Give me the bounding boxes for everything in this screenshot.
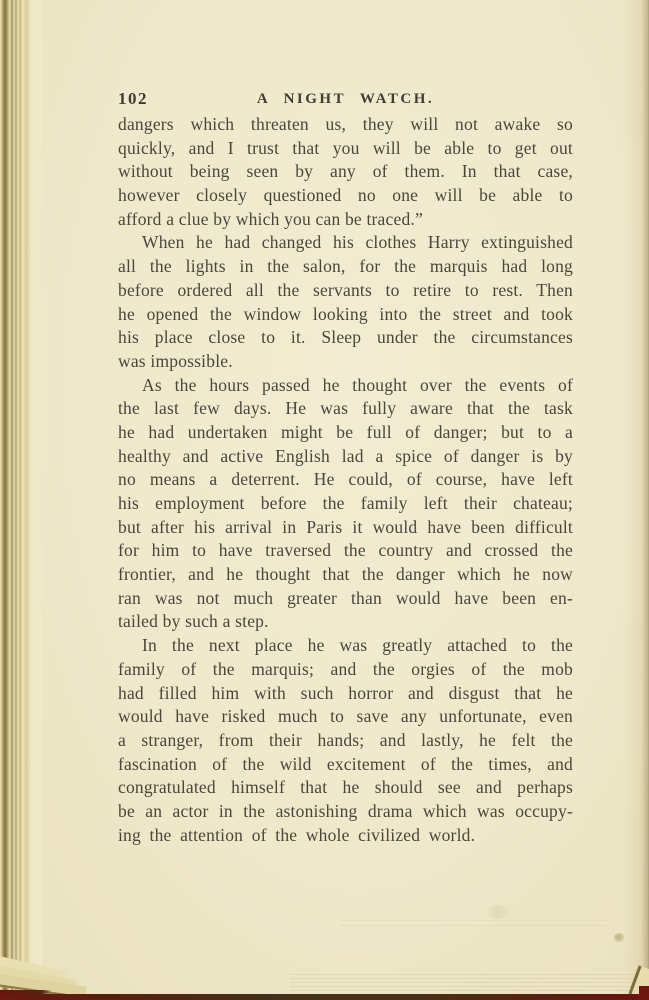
text-line: before ordered all the servants to retir… (118, 279, 573, 303)
paragraph: dangers which threaten us, they will not… (118, 113, 573, 231)
right-edge-shade (623, 0, 649, 1000)
blemish-spot (614, 933, 624, 942)
book-page: 102 A NIGHT WATCH. dangers which threate… (0, 0, 649, 1000)
bottom-cover-left (0, 990, 52, 996)
text-line: would have risked much to save any unfor… (118, 705, 573, 729)
text-line: he had undertaken might be full of dange… (118, 421, 573, 445)
text-line: his employment before the family left th… (118, 492, 573, 516)
running-title: A NIGHT WATCH. (118, 91, 573, 108)
text-line: quickly, and I trust that you will be ab… (118, 137, 573, 161)
text-line: When he had changed his clothes Harry ex… (118, 231, 573, 255)
text-line: dangers which threaten us, they will not… (118, 113, 573, 137)
page-edge-lines (290, 971, 641, 993)
text-line: fascination of the wild excitement of th… (118, 753, 573, 777)
page-edge-lines (340, 916, 609, 930)
text-line: be an actor in the astonishing drama whi… (118, 800, 573, 824)
text-line: his place close to it. Sleep under the c… (118, 326, 573, 350)
bottom-cover-strip (0, 994, 649, 1000)
text-line: healthy and active English lad a spice o… (118, 445, 573, 469)
text-line: no means a deterrent. He could, of cours… (118, 468, 573, 492)
text-line: ran was not much greater than would have… (118, 587, 573, 611)
text-line: was impossible. (118, 350, 573, 374)
text-line: frontier, and he thought that the danger… (118, 563, 573, 587)
text-line: In the next place he was greatly attache… (118, 634, 573, 658)
paragraph: When he had changed his clothes Harry ex… (118, 231, 573, 373)
text-line: he opened the window looking into the st… (118, 303, 573, 327)
text-line: ing the attention of the whole civilized… (118, 824, 573, 848)
text-line: As the hours passed he thought over the … (118, 374, 573, 398)
paragraph: As the hours passed he thought over the … (118, 374, 573, 635)
text-line: all the lights in the salon, for the mar… (118, 255, 573, 279)
text-line: a stranger, from their hands; and lastly… (118, 729, 573, 753)
text-line: tailed by such a step. (118, 610, 573, 634)
paragraph: In the next place he was greatly attache… (118, 634, 573, 847)
binding-gutter (0, 0, 42, 1000)
text-line: had filled him with such horror and disg… (118, 682, 573, 706)
text-line: congratulated himself that he should see… (118, 776, 573, 800)
text-line: however closely questioned no one will b… (118, 184, 573, 208)
text-line: afford a clue by which you can be traced… (118, 208, 573, 232)
text-line: but after his arrival in Paris it would … (118, 516, 573, 540)
text-line: the last few days. He was fully aware th… (118, 397, 573, 421)
text-block: dangers which threaten us, they will not… (118, 113, 573, 847)
text-line: without being seen by any of them. In th… (118, 160, 573, 184)
text-line: for him to have traversed the country an… (118, 539, 573, 563)
text-line: family of the marquis; and the orgies of… (118, 658, 573, 682)
paper-stain (485, 905, 511, 919)
